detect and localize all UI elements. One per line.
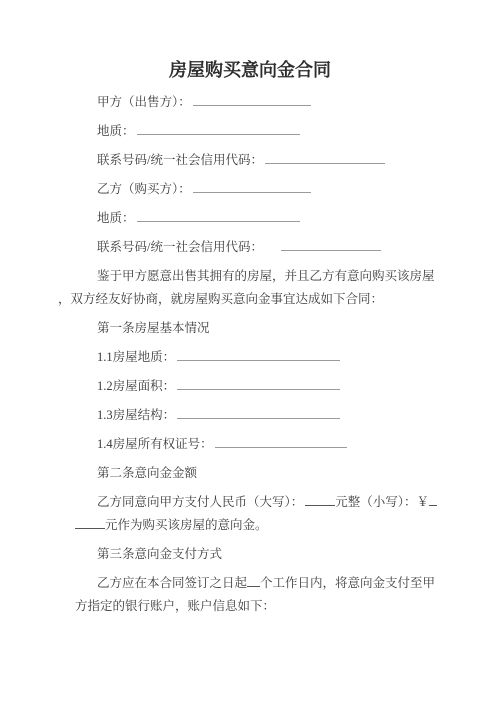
amount-text-2: 元整（小写）：￥ (335, 495, 429, 509)
amount-paragraph-line-2: 元作为购买该房屋的意向金。 (75, 514, 425, 537)
payment-text-2: 个工作日内，将意向金支付至甲 (260, 576, 435, 590)
item-1-3-blank (177, 406, 340, 419)
preamble-line-1: 鉴于甲方愿意出售其拥有的房屋，并且乙方有意向购买该房屋 (75, 265, 425, 288)
payment-text-1: 乙方应在本合同签订之日起 (97, 576, 247, 590)
party-b-contact-blank (281, 238, 381, 251)
section-1-heading: 第一条房屋基本情况 (75, 317, 425, 340)
party-a-label: 甲方（出售方）： (97, 95, 191, 109)
party-a-address-blank (137, 122, 300, 135)
party-b-name-blank (193, 180, 311, 193)
item-1-2-label: 1.2房屋面积： (97, 379, 175, 393)
party-b-address-blank (137, 209, 300, 222)
item-1-4-blank (215, 435, 347, 448)
party-a-address-row: 地质： (75, 120, 425, 143)
payment-paragraph: 乙方应在本合同签订之日起个工作日内，将意向金支付至甲 方指定的银行账户，账户信息… (75, 572, 425, 618)
payment-paragraph-line-1: 乙方应在本合同签订之日起个工作日内，将意向金支付至甲 (75, 572, 425, 595)
party-a-contact-label: 联系号码/统一社会信用代码： (97, 153, 263, 167)
item-1-3-label: 1.3房屋结构： (97, 408, 175, 422)
party-b-address-row: 地质： (75, 207, 425, 230)
party-a-contact-blank (265, 151, 385, 164)
amount-words-blank (305, 493, 335, 506)
amount-text-3: 元作为购买该房屋的意向金。 (105, 518, 268, 532)
item-1-2-blank (177, 377, 340, 390)
party-b-contact-label: 联系号码/统一社会信用代码： (97, 240, 263, 254)
amount-text-1: 乙方同意向甲方支付人民币（大写）： (97, 495, 303, 509)
item-1-1-label: 1.1房屋地质： (97, 350, 175, 364)
item-1-2-row: 1.2房屋面积： (75, 375, 425, 398)
item-1-1-row: 1.1房屋地质： (75, 346, 425, 369)
working-days-blank (247, 574, 260, 587)
amount-figures-blank (429, 493, 437, 506)
section-2-heading: 第二条意向金金额 (75, 462, 425, 485)
preamble-paragraph: 鉴于甲方愿意出售其拥有的房屋，并且乙方有意向购买该房屋 ，双方经友好协商，就房屋… (75, 265, 425, 311)
payment-paragraph-line-2: 方指定的银行账户，账户信息如下： (75, 595, 425, 618)
document-title: 房屋购买意向金合同 (75, 57, 425, 83)
item-1-4-label: 1.4房屋所有权证号： (97, 437, 213, 451)
amount-figures-blank-2 (75, 516, 105, 529)
party-a-name-blank (193, 93, 311, 106)
item-1-3-row: 1.3房屋结构： (75, 404, 425, 427)
amount-paragraph: 乙方同意向甲方支付人民币（大写）：元整（小写）：￥ 元作为购买该房屋的意向金。 (75, 491, 425, 537)
item-1-4-row: 1.4房屋所有权证号： (75, 433, 425, 456)
party-b-contact-row: 联系号码/统一社会信用代码： (75, 236, 425, 259)
party-b-address-label: 地质： (97, 211, 135, 225)
party-a-contact-row: 联系号码/统一社会信用代码： (75, 149, 425, 172)
party-b-row: 乙方（购买方）： (75, 178, 425, 201)
preamble-line-2: ，双方经友好协商，就房屋购买意向金事宜达成如下合同： (58, 288, 425, 311)
party-a-row: 甲方（出售方）： (75, 91, 425, 114)
item-1-1-blank (177, 348, 340, 361)
party-b-label: 乙方（购买方）： (97, 182, 191, 196)
party-a-address-label: 地质： (97, 124, 135, 138)
contract-page: 房屋购买意向金合同 甲方（出售方）： 地质： 联系号码/统一社会信用代码： 乙方… (0, 0, 500, 707)
amount-paragraph-line-1: 乙方同意向甲方支付人民币（大写）：元整（小写）：￥ (75, 491, 425, 514)
section-3-heading: 第三条意向金支付方式 (75, 543, 425, 566)
